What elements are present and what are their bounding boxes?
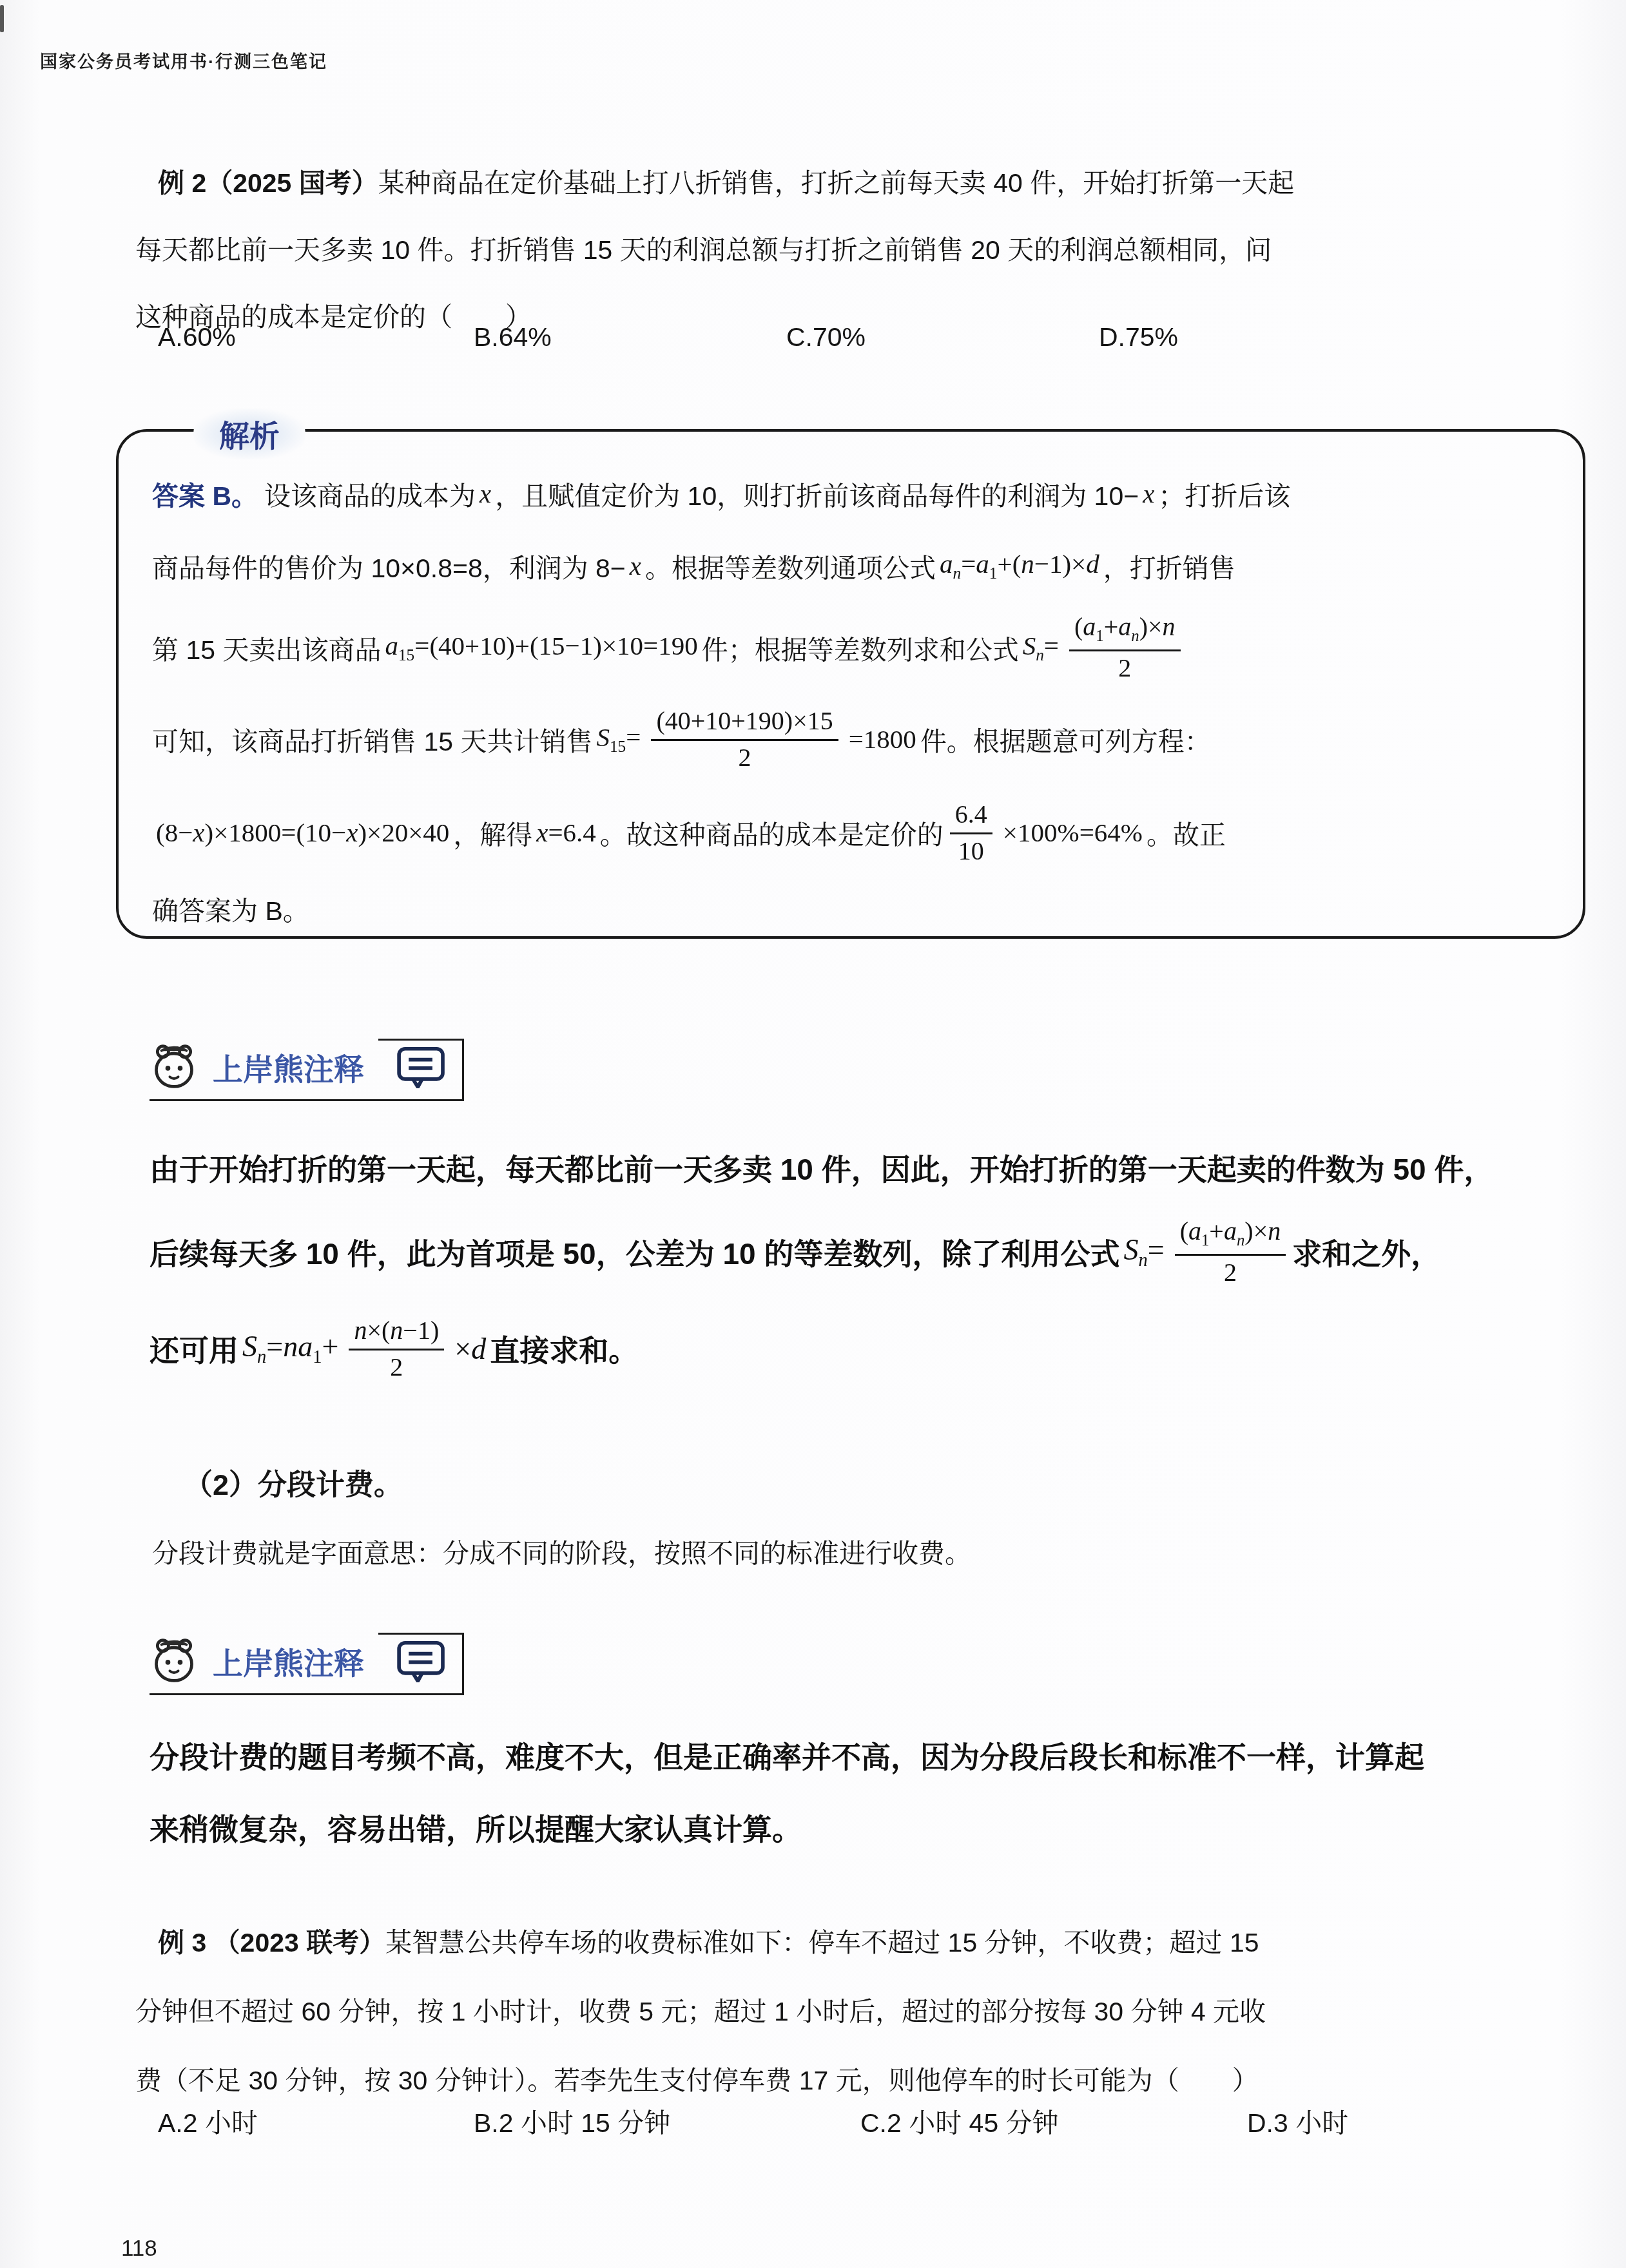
example2-line-1: 例 2（2025 国考）某种商品在定价基础上打八折销售，打折之前每天卖 40 件… <box>135 149 1294 216</box>
analysis-line: 第 15 天卖出该商品 a15=(40+10)+(15−1)×10=190 件；… <box>152 602 1563 693</box>
analysis-line: 答案 B。设该商品的成本为 x，且赋值定价为 10，则打折前该商品每件的利润为 … <box>152 457 1563 530</box>
note-header-frame <box>378 1633 464 1693</box>
book-page: { "page": { "header": "国家公务员考试用书·行测三色笔记"… <box>0 0 1626 2268</box>
example2-options: A.60% B.64% C.70% D.75% <box>0 322 1626 361</box>
example2-label: 例 2（2025 国考） <box>158 168 378 198</box>
note2-line: 来稍微复杂，容易出错，所以提醒大家认真计算。 <box>150 1791 1424 1863</box>
analysis-line: 确答案为 B。 <box>152 880 1563 937</box>
example2-line1-text: 某种商品在定价基础上打八折销售，打折之前每天卖 40 件，开始打折第一天起 <box>378 168 1294 198</box>
analysis-line: 可知，该商品打折销售 15 天共计销售 S15=(40+10+190)×152=… <box>152 693 1563 785</box>
note1-line: 还可用 Sn=na1+n×(n−1)2×d 直接求和。 <box>150 1300 1493 1397</box>
note1-line: 由于开始打折的第一天起，每天都比前一天多卖 10 件，因此，开始打折的第一天起卖… <box>150 1131 1493 1204</box>
analysis-title: 解析 <box>193 408 305 459</box>
option-d: D.3 小时 <box>1247 2102 1348 2140</box>
fraction: (a1+an)×n2 <box>1069 612 1181 683</box>
example3-line-1: 例 3 （2023 联考）某智慧公共停车场的收费标准如下：停车不超过 15 分钟… <box>135 1908 1266 1977</box>
note-header-frame <box>378 1039 464 1099</box>
example3-label: 例 3 （2023 联考） <box>158 1928 385 1957</box>
page-number: 118 <box>121 2236 157 2262</box>
section2-heading: （2）分段计费。 <box>184 1461 403 1503</box>
scan-artifact <box>0 5 4 32</box>
bear-note-body-2: 分段计费的题目考频不高，难度不大，但是正确率并不高，因为分段后段长和标准不一样，… <box>150 1719 1424 1863</box>
bear-note-title: 上岸熊注释 <box>213 1640 364 1683</box>
analysis-line: 商品每件的售价为 10×0.8=8，利润为 8−x。根据等差数列通项公式 an=… <box>152 530 1563 602</box>
bear-icon <box>150 1636 198 1686</box>
bear-icon <box>150 1042 198 1092</box>
fraction: (40+10+190)×152 <box>651 706 838 773</box>
analysis-content: 答案 B。设该商品的成本为 x，且赋值定价为 10，则打折前该商品每件的利润为 … <box>152 457 1563 937</box>
option-b: B.2 小时 15 分钟 <box>474 2102 670 2140</box>
option-a: A.2 小时 <box>158 2102 258 2140</box>
example3-line1-text: 某智慧公共停车场的收费标准如下：停车不超过 15 分钟，不收费；超过 15 <box>385 1928 1259 1957</box>
example2-line-2: 每天都比前一天多卖 10 件。打折销售 15 天的利润总额与打折之前销售 20 … <box>135 216 1294 283</box>
note1-line: 后续每天多 10 件，此为首项是 50，公差为 10 的等差数列，除了利用公式 … <box>150 1204 1493 1300</box>
bear-note-header-2: 上岸熊注释 <box>150 1634 464 1695</box>
note2-line: 分段计费的题目考频不高，难度不大，但是正确率并不高，因为分段后段长和标准不一样，… <box>150 1719 1424 1791</box>
example3-options: A.2 小时 B.2 小时 15 分钟 C.2 小时 45 分钟 D.3 小时 <box>0 2102 1626 2140</box>
section2-body: 分段计费就是字面意思：分成不同的阶段，按照不同的标准进行收费。 <box>152 1532 971 1570</box>
example3-line-2: 分钟但不超过 60 分钟，按 1 小时计，收费 5 元；超过 1 小时后，超过的… <box>135 1977 1266 2046</box>
book-header: 国家公务员考试用书·行测三色笔记 <box>40 48 327 73</box>
bear-note-title: 上岸熊注释 <box>213 1046 364 1089</box>
option-c: C.70% <box>786 322 866 352</box>
fraction: 6.410 <box>950 800 992 866</box>
option-b: B.64% <box>474 322 552 352</box>
analysis-box: 解析 答案 B。设该商品的成本为 x，且赋值定价为 10，则打折前该商品每件的利… <box>116 429 1585 939</box>
option-a: A.60% <box>158 322 236 352</box>
analysis-line: (8−x)×1800=(10−x)×20×40，解得 x=6.4。故这种商品的成… <box>152 785 1563 880</box>
fraction: (a1+an)×n2 <box>1175 1216 1286 1287</box>
example2-problem: 例 2（2025 国考）某种商品在定价基础上打八折销售，打折之前每天卖 40 件… <box>135 149 1294 351</box>
option-c: C.2 小时 45 分钟 <box>860 2102 1059 2140</box>
option-d: D.75% <box>1099 322 1178 352</box>
example3-problem: 例 3 （2023 联考）某智慧公共停车场的收费标准如下：停车不超过 15 分钟… <box>135 1908 1266 2115</box>
fraction: n×(n−1)2 <box>349 1316 444 1382</box>
bear-note-body-1: 由于开始打折的第一天起，每天都比前一天多卖 10 件，因此，开始打折的第一天起卖… <box>150 1131 1493 1397</box>
bear-note-header-1: 上岸熊注释 <box>150 1040 464 1101</box>
